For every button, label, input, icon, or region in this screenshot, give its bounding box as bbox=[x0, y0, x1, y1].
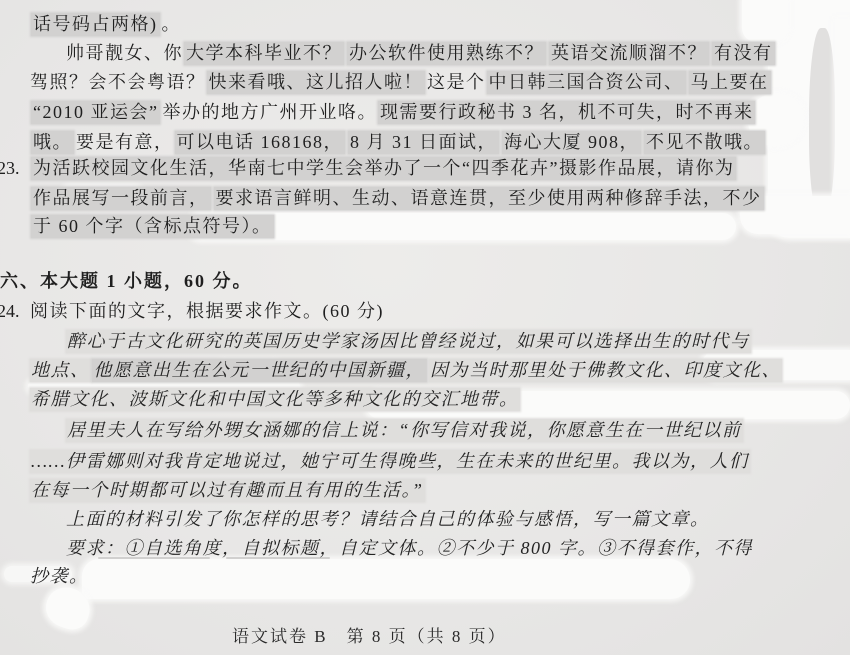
text-line-7: 作品展写一段前言，要求语言鲜明、生动、语意连贯，至少使用两种修辞手法，不少 bbox=[30, 187, 766, 210]
text-segment: 话号码占两格) bbox=[31, 13, 160, 36]
text-segment: “2010 亚运会” bbox=[31, 101, 160, 124]
text-segment: 有没有 bbox=[712, 42, 775, 65]
text-line-15: ……伊雷娜则对我肯定地说过，她宁可生得晚些，生在未来的世纪里。我以为，人们 bbox=[30, 450, 750, 473]
text-segment: 因为当时那里处于佛教文化、印度文化、 bbox=[429, 359, 782, 382]
exam-page: 话号码占两格)。帅哥靓女、你大学本科毕业不？办公软件使用熟练不？英语交流顺溜不？… bbox=[0, 0, 850, 655]
text-segment: 马上要在 bbox=[689, 71, 771, 94]
text-segment: 六、本大题 1 小题，60 分。 bbox=[0, 270, 253, 293]
text-line-2: 帅哥靓女、你大学本科毕业不？办公软件使用熟练不？英语交流顺溜不？有没有 bbox=[66, 42, 777, 65]
text-line-11: 醉心于古文化研究的英国历史学家汤因比曾经说过，如果可以选择出生的时代与 bbox=[66, 330, 751, 353]
text-segment: ……伊雷娜则对我肯定地说过，她宁可生得晚些，生在未来的世纪里。我以为，人们 bbox=[30, 450, 750, 473]
text-line-4: “2010 亚运会”举办的地方广州开业咯。现需要行政秘书 3 名，机不可失，时不… bbox=[30, 101, 757, 124]
whiteout-mark bbox=[742, 0, 788, 42]
text-segment: 醉心于古文化研究的英国历史学家汤因比曾经说过，如果可以选择出生的时代与 bbox=[66, 330, 751, 353]
text-line-13: 希腊文化、波斯文化和中国文化等多种文化的交汇地带。 bbox=[30, 388, 520, 411]
text-line-10: 24.阅读下面的文字，根据要求作文。(60 分) bbox=[0, 300, 384, 323]
text-line-5: 哦。要是有意，可以电话 168168，8 月 31 日面试，海心大厦 908，不… bbox=[30, 131, 767, 154]
text-segment: 居里夫人在写给外甥女涵娜的信上说：“你写信对我说，你愿意生在一世纪以前 bbox=[66, 419, 743, 442]
text-line-16: 在每一个时期都可以过有趣而且有用的生活。” bbox=[30, 479, 425, 502]
question-number: 23. bbox=[0, 157, 30, 180]
text-segment: 不见不散哦。 bbox=[644, 131, 765, 154]
text-segment: 为活跃校园文化生活，华南七中学生会举办了一个“四季花卉”摄影作品展，请你为 bbox=[31, 157, 736, 180]
text-segment: 可以电话 168168， bbox=[175, 131, 346, 154]
text-line-1: 话号码占两格)。 bbox=[30, 13, 181, 36]
text-segment: 中日韩三国合资公司、 bbox=[487, 71, 686, 94]
text-line-14: 居里夫人在写给外甥女涵娜的信上说：“你写信对我说，你愿意生在一世纪以前 bbox=[66, 419, 743, 442]
text-segment: 快来看哦、这儿招人啦！ bbox=[207, 71, 426, 94]
text-segment: 要是有意， bbox=[76, 131, 174, 154]
text-segment: 抄袭。 bbox=[30, 565, 89, 588]
text-segment: 上面的材料引发了你怎样的思考？请结合自己的体验与感悟，写一篇文章。 bbox=[66, 508, 710, 531]
text-line-9: 六、本大题 1 小题，60 分。 bbox=[0, 270, 253, 293]
text-segment: 地点、 bbox=[30, 359, 91, 382]
page-footer: 语文试卷 B 第 8 页（共 8 页） bbox=[232, 622, 507, 647]
text-segment: 于 60 个字（含标点符号）。 bbox=[31, 215, 274, 238]
text-line-3: 驾照？会不会粤语？快来看哦、这儿招人啦！这是个中日韩三国合资公司、马上要在 bbox=[30, 71, 773, 94]
text-segment: 英语交流顺溜不？ bbox=[549, 42, 709, 65]
text-segment: 在每一个时期都可以过有趣而且有用的生活。” bbox=[30, 479, 425, 502]
text-segment: 作品展写一段前言， bbox=[31, 187, 211, 210]
scan-white-edge bbox=[836, 20, 850, 225]
text-segment: 要求：①自选角度，自拟标题，自定文体。②不少于 800 字。③不得套作，不得 bbox=[66, 537, 753, 560]
text-line-8: 于 60 个字（含标点符号）。 bbox=[30, 215, 276, 238]
text-line-6: 23.为活跃校园文化生活，华南七中学生会举办了一个“四季花卉”摄影作品展，请你为 bbox=[0, 157, 738, 180]
text-segment: 要求语言鲜明、生动、语意连贯，至少使用两种修辞手法，不少 bbox=[214, 187, 764, 210]
text-segment: 希腊文化、波斯文化和中国文化等多种文化的交汇地带。 bbox=[30, 388, 520, 411]
text-segment: 现需要行政秘书 3 名，机不可失，时不再来 bbox=[378, 101, 756, 124]
text-segment: 阅读下面的文字，根据要求作文。(60 分) bbox=[30, 300, 384, 323]
text-segment: 举办的地方广州开业咯。 bbox=[162, 101, 377, 124]
text-segment: 海心大厦 908， bbox=[502, 131, 641, 154]
text-segment: 驾照？会不会粤语？ bbox=[30, 71, 206, 94]
text-segment: 哦。 bbox=[31, 131, 74, 154]
question-number: 24. bbox=[0, 300, 30, 323]
whiteout-mark bbox=[82, 559, 690, 599]
text-segment: 。 bbox=[162, 13, 182, 36]
text-line-12: 地点、他愿意出生在公元一世纪的中国新疆，因为当时那里处于佛教文化、印度文化、 bbox=[30, 359, 782, 382]
text-segment: 8 月 31 日面试， bbox=[348, 131, 499, 154]
scan-shadow-strip bbox=[809, 28, 835, 218]
text-segment: 他愿意出生在公元一世纪的中国新疆， bbox=[92, 359, 428, 382]
text-segment: 大学本科毕业不？ bbox=[184, 42, 344, 65]
text-segment: 这是个 bbox=[427, 71, 486, 94]
text-segment: 办公软件使用熟练不？ bbox=[347, 42, 546, 65]
text-segment: 帅哥靓女、你 bbox=[66, 42, 183, 65]
text-line-19: 抄袭。 bbox=[30, 565, 89, 588]
text-line-17: 上面的材料引发了你怎样的思考？请结合自己的体验与感悟，写一篇文章。 bbox=[66, 508, 710, 531]
text-line-18: 要求：①自选角度，自拟标题，自定文体。②不少于 800 字。③不得套作，不得 bbox=[66, 537, 753, 560]
